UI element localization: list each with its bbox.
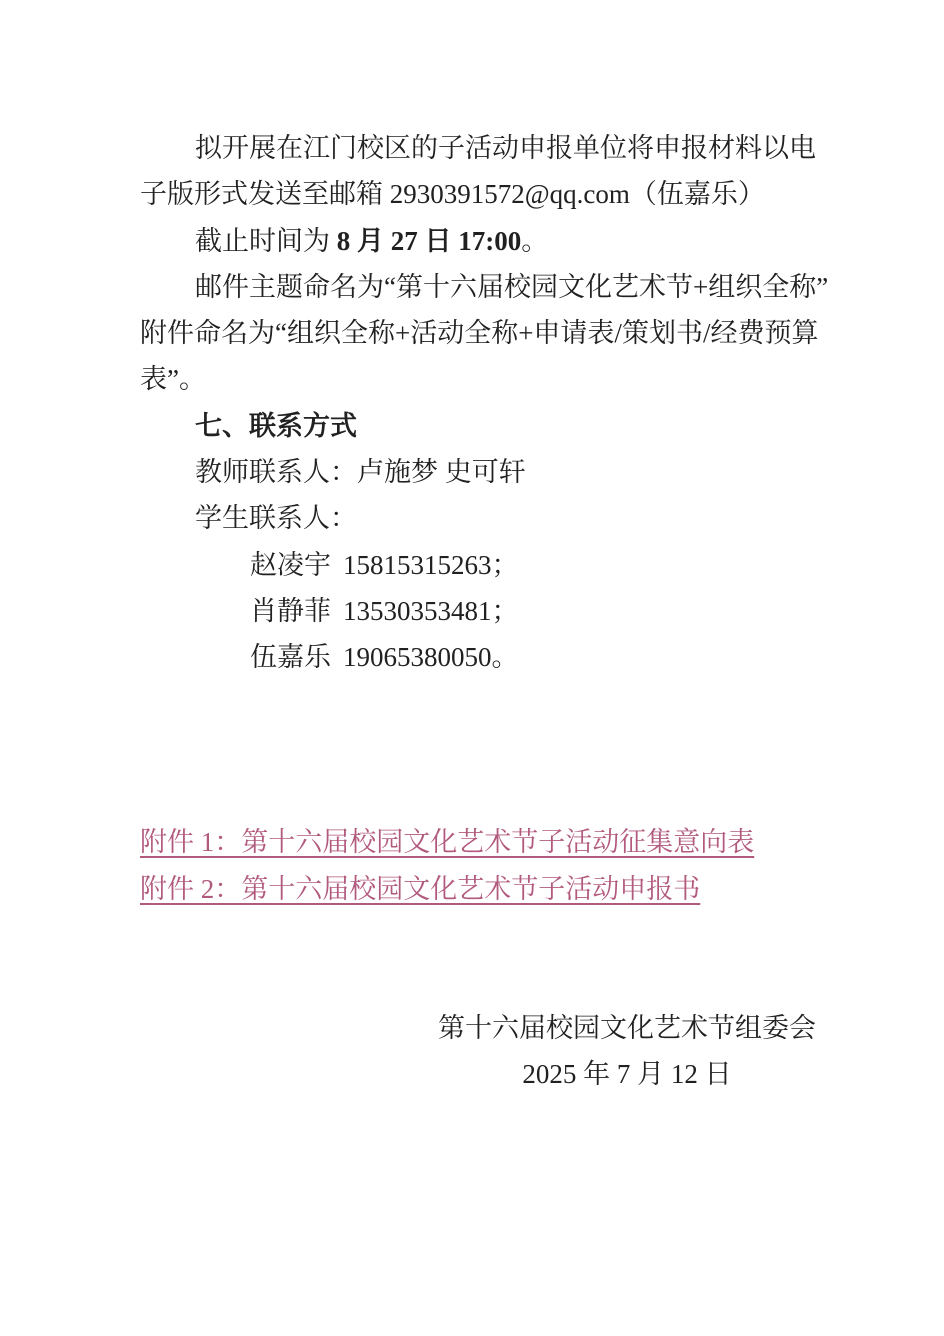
student-contact-separator: ； xyxy=(492,550,519,580)
signature-date: 2025 年 7 月 12 日 xyxy=(424,1051,830,1097)
blank-line xyxy=(140,912,830,958)
paragraph1-line2-suffix: （伍嘉乐） xyxy=(630,179,765,209)
teacher-contact-line: 教师联系人：卢施梦 史可轩 xyxy=(140,449,830,495)
student-contact-phone: 15815315263 xyxy=(343,550,492,580)
paragraph3-line3: 表”。 xyxy=(140,356,830,402)
deadline-datetime: 8 月 27 日 17:00 xyxy=(337,226,522,256)
student-contact-label: 学生联系人： xyxy=(140,495,830,541)
signature-organization: 第十六届校园文化艺术节组委会 xyxy=(424,1005,830,1051)
document-page: 拟开展在江门校区的子活动申报单位将申报材料以电 子版形式发送至邮箱 293039… xyxy=(0,0,944,1336)
blank-line xyxy=(140,958,830,1004)
attachment-link-1[interactable]: 附件 1：第十六届校园文化艺术节子活动征集意向表 xyxy=(140,827,754,857)
blank-line xyxy=(140,727,830,773)
paragraph3-line1: 邮件主题命名为“第十六届校园文化艺术节+组织全称” xyxy=(140,264,830,310)
teacher-contact-names: 卢施梦 史可轩 xyxy=(357,457,526,487)
student-contact-row: 肖静菲13530353481； xyxy=(140,588,830,634)
student-contact-separator: ； xyxy=(492,596,519,626)
paragraph1-line2-prefix: 子版形式发送至邮箱 xyxy=(140,179,390,209)
teacher-contact-label: 教师联系人： xyxy=(195,457,357,487)
deadline-prefix: 截止时间为 xyxy=(195,226,337,256)
student-contact-name: 伍嘉乐 xyxy=(250,642,331,672)
student-contact-name: 肖静菲 xyxy=(250,596,331,626)
student-contact-name: 赵凌宇 xyxy=(250,550,331,580)
student-contact-row: 赵凌宇15815315263； xyxy=(140,542,830,588)
student-contact-separator: 。 xyxy=(492,642,519,672)
attachment-link-1-line: 附件 1：第十六届校园文化艺术节子活动征集意向表 xyxy=(140,819,830,865)
student-contact-phone: 13530353481 xyxy=(343,596,492,626)
signature-block: 第十六届校园文化艺术节组委会 2025 年 7 月 12 日 xyxy=(424,1005,830,1098)
paragraph1-line2: 子版形式发送至邮箱 2930391572@qq.com（伍嘉乐） xyxy=(140,171,830,217)
deadline-suffix: 。 xyxy=(521,226,548,256)
blank-line xyxy=(140,773,830,819)
email-address: 2930391572@qq.com xyxy=(390,179,630,209)
student-contact-phone: 19065380050 xyxy=(343,642,492,672)
section-heading-contacts: 七、联系方式 xyxy=(140,403,830,449)
attachment-link-2[interactable]: 附件 2：第十六届校园文化艺术节子活动申报书 xyxy=(140,874,700,904)
attachment-link-2-line: 附件 2：第十六届校园文化艺术节子活动申报书 xyxy=(140,866,830,912)
paragraph1-line1: 拟开展在江门校区的子活动申报单位将申报材料以电 xyxy=(140,125,830,171)
student-contact-row: 伍嘉乐19065380050。 xyxy=(140,634,830,680)
deadline-line: 截止时间为 8 月 27 日 17:00。 xyxy=(140,218,830,264)
paragraph3-line2: 附件命名为“组织全称+活动全称+申请表/策划书/经费预算 xyxy=(140,310,830,356)
blank-line xyxy=(140,681,830,727)
